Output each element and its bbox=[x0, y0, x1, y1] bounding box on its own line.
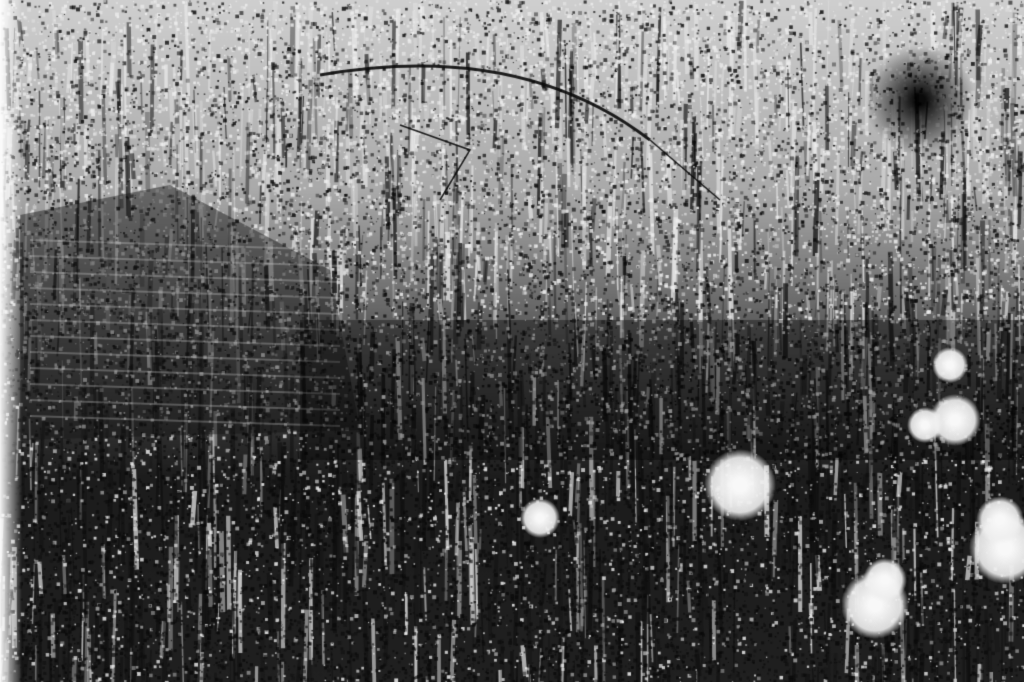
abstract-grunge-photo: Abstract black-and-white grunge texture … bbox=[0, 0, 1024, 682]
texture-canvas bbox=[0, 0, 1024, 682]
